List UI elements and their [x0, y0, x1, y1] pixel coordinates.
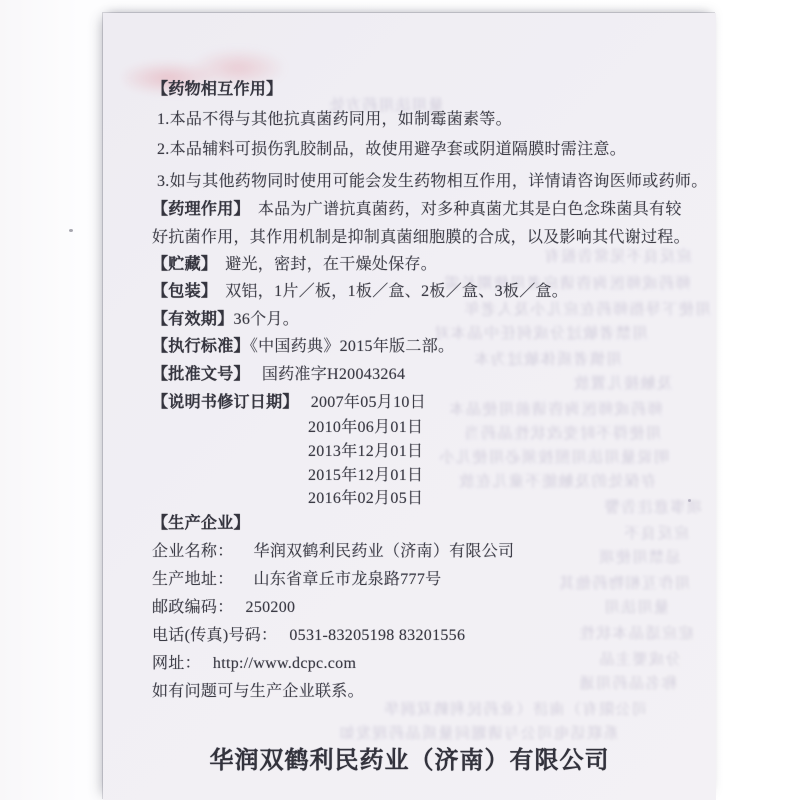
section-revision-dates: 【说明书修订日期】2007年05月10日 — [152, 393, 426, 413]
interaction-item-3: 3.如与其他药物同时使用可能会发生药物相互作用，详情请咨询医师或药师。 — [157, 172, 708, 192]
manufacturer-zip-row: 邮政编码：250200 — [152, 598, 295, 618]
dust-speck — [69, 229, 73, 232]
revision-date: 2013年12月01日 — [308, 442, 423, 462]
storage-text: 避光，密封，在干燥处保存。 — [225, 256, 437, 273]
field-label: 网址： — [152, 655, 201, 672]
revision-date: 2016年02月05日 — [308, 489, 423, 509]
manufacturer-phone-row: 电话(传真)号码：0531-83205198 83201556 — [152, 626, 465, 646]
validity-text: 36个月。 — [234, 311, 300, 328]
section-label: 【药物相互作用】 — [152, 81, 282, 98]
manufacturer-website-row: 网址：http://www.dcpc.com — [152, 654, 356, 674]
bleed-text-line: 量用法用 — [603, 599, 669, 617]
bleed-text-line: 用慎者质体敏过为本 — [473, 351, 622, 369]
revision-date: 2010年06月01日 — [308, 418, 423, 438]
section-heading-drug-interactions: 【药物相互作用】 — [152, 80, 282, 100]
field-label: 企业名称： — [152, 543, 234, 560]
section-packaging: 【包装】双铝，1片／板，1板／盒、2板／盒、3板／盒。 — [152, 282, 568, 302]
section-label: 【药理作用】 — [152, 201, 250, 218]
bleed-text-line: 用使下导指师药在应儿小及人老年 — [463, 301, 711, 319]
section-label: 【包装】 — [152, 283, 217, 300]
section-label: 【执行标准】 — [152, 338, 250, 355]
bleed-text-line: 及触接儿置放 — [573, 375, 672, 393]
section-label: 【贮藏】 — [152, 256, 217, 273]
section-heading-manufacturer: 【生产企业】 — [152, 514, 250, 534]
standard-text: 《中国药典》2015年版二部。 — [250, 338, 455, 355]
manufacturer-website: http://www.dcpc.com — [213, 655, 356, 672]
revision-date: 2015年12月01日 — [308, 466, 423, 486]
footer-company-name: 华润双鹤利民药业（济南）有限公司 — [103, 740, 716, 775]
section-label: 【有效期】 — [152, 311, 234, 328]
bleed-text-line: 症应适品本状性 — [578, 625, 694, 643]
interaction-item-2: 2.本品辅料可损伤乳胶制品，故使用避孕套或阴道隔膜时需注意。 — [157, 140, 626, 160]
section-pharmacology-line-2: 好抗菌作用，其作用机制是抑制真菌细胞膜的合成，以及影响其代谢过程。 — [152, 228, 690, 248]
leaflet-page: 量用法用药方处应反良不见常告报有师药或师医询咨请应者用使期长需用使下导指师药在应… — [103, 13, 716, 800]
section-pharmacology-line-1: 【药理作用】本品为广谱抗真菌药，对多种真菌尤其是白色念珠菌具有较 — [152, 200, 682, 220]
interaction-item-1: 1.本品不得与其他抗真菌药同用，如制霉菌素等。 — [157, 110, 512, 130]
section-label: 【说明书修订日期】 — [152, 394, 299, 411]
bleed-text-line: 明说量用法用照按须必用使儿小 — [438, 449, 669, 467]
section-storage: 【贮藏】避光，密封，在干燥处保存。 — [152, 255, 437, 275]
manufacturer-name-row: 企业名称：华润双鹤利民药业（济南）有限公司 — [152, 542, 514, 562]
bleed-text-line: 分成要主品 — [598, 651, 681, 669]
approval-number-text: 国药准字H20043264 — [262, 366, 405, 383]
section-approval-number: 【批准文号】国药准字H20043264 — [152, 365, 405, 385]
photo-background: 量用法用药方处应反良不见常告报有师药或师医询咨请应者用使期长需用使下导指师药在应… — [0, 0, 800, 800]
field-label: 电话(传真)号码： — [152, 627, 277, 644]
bleed-text-line: 项事意注告警 — [603, 499, 702, 517]
bleed-text-line: 应反良不见常告报有 — [543, 248, 692, 266]
bleed-text-line: 忌禁用使项 — [598, 549, 681, 567]
bleed-text-line: 用禁者敏过分成何任中品本对 — [433, 325, 648, 343]
manufacturer-zip: 250200 — [246, 599, 296, 616]
bleed-text-line: 用使得不时变改状性品药当 — [463, 425, 661, 443]
bleed-text-line: 称名品药用通 — [578, 675, 677, 693]
contact-note: 如有问题可与生产企业联系。 — [152, 682, 364, 702]
manufacturer-address-row: 生产地址：山东省章丘市龙泉路777号 — [152, 570, 441, 590]
pharmacology-text: 本品为广谱抗真菌药，对多种真菌尤其是白色念珠菌具有较 — [258, 201, 682, 218]
bleed-text-line: 司公限有）南济（业药民利鹤双润华 — [383, 701, 647, 719]
bleed-text-line: 应反良不 — [623, 525, 689, 543]
bleed-text-line: 师药或师医询咨请前用使品本 — [448, 401, 663, 419]
packaging-text: 双铝，1片／板，1板／盒、2板／盒、3板／盒。 — [225, 283, 568, 300]
bleed-text-line: 用作互相物药他其 — [558, 575, 690, 593]
field-label: 邮政编码： — [152, 599, 234, 616]
bleed-text-line: 存保处的及触能不童儿在放 — [458, 473, 656, 491]
manufacturer-address: 山东省章丘市龙泉路777号 — [254, 571, 442, 588]
section-validity: 【有效期】36个月。 — [152, 310, 299, 330]
section-label: 【批准文号】 — [152, 366, 250, 383]
manufacturer-name: 华润双鹤利民药业（济南）有限公司 — [254, 543, 515, 560]
field-label: 生产地址： — [152, 571, 234, 588]
section-label: 【生产企业】 — [152, 515, 250, 532]
dust-speck — [688, 499, 691, 502]
revision-date: 2007年05月10日 — [311, 394, 426, 411]
manufacturer-phone: 0531-83205198 83201556 — [289, 627, 465, 644]
section-standard: 【执行标准】《中国药典》2015年版二部。 — [152, 337, 454, 357]
